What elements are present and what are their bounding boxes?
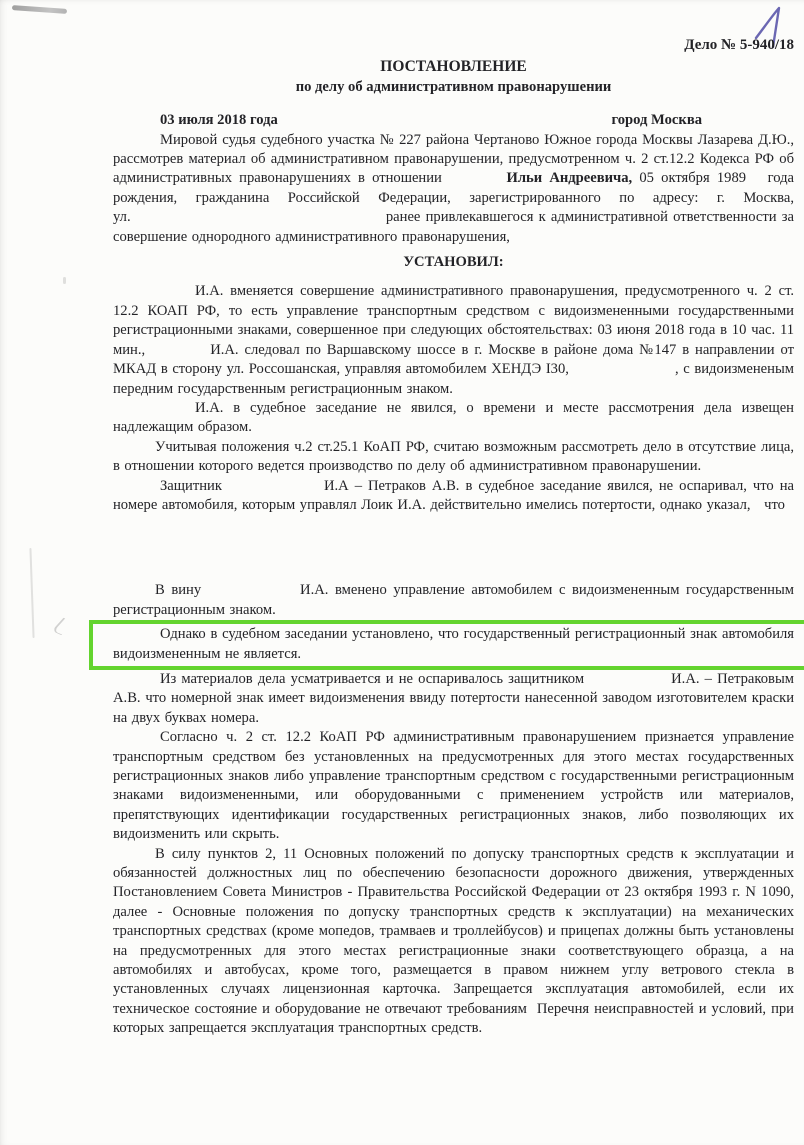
text-run: И.А. в судебное заседание не явился, о в… (113, 400, 794, 435)
section-heading: УСТАНОВИЛ: (113, 253, 794, 272)
date-line: 03 июля 2018 года город Москва (113, 111, 794, 130)
document-date: 03 июля 2018 года (160, 111, 278, 130)
text-run: В вину И.А. вмененo управление автомобил… (113, 582, 794, 617)
margin-dot-artifact (63, 277, 66, 284)
text-run: Защитник И.А – Петраков А.В. в судебное … (113, 478, 794, 513)
text-run: Согласно ч. 2 ст. 12.2 КоАП РФ администр… (113, 729, 794, 842)
paragraph: И.А. вменяется совершение административн… (113, 282, 794, 398)
text-run: В силу пунктов 2, 11 Основных положений … (113, 846, 794, 1037)
text-run: Учитывая положения ч.2 ст.25.1 КоАП РФ, … (113, 439, 794, 474)
paragraph: Согласно ч. 2 ст. 12.2 КоАП РФ администр… (113, 728, 794, 844)
redacted-gap (113, 515, 794, 581)
scan-streak-artifact (12, 5, 67, 14)
document-subtitle: по делу об административном правонарушен… (113, 78, 794, 97)
document-title: ПОСТАНОВЛЕНИЕ (113, 57, 794, 76)
case-number: Дело № 5-940/18 (113, 36, 794, 55)
paragraph: Учитывая положения ч.2 ст.25.1 КоАП РФ, … (113, 438, 794, 477)
highlighted-paragraph: Однако в судебном заседании установлено,… (89, 620, 804, 670)
text-run: Однако в судебном заседании установлено,… (113, 626, 794, 661)
paragraph: И.А. в судебное заседание не явился, о в… (113, 399, 794, 438)
document-body: Мировой судья судебного участка № 227 ра… (113, 131, 794, 1039)
paragraph: В вину И.А. вмененo управление автомобил… (113, 581, 794, 620)
paragraph: В силу пунктов 2, 11 Основных положений … (113, 845, 794, 1039)
bold-text-run: Ильи Андреевича, (506, 170, 632, 186)
document-content: Дело № 5-940/18 ПОСТАНОВЛЕНИЕ по делу об… (113, 0, 794, 1039)
margin-smudge-artifact (29, 548, 34, 638)
document-city: город Москва (611, 111, 702, 130)
paragraph: Из материалов дела усматривается и не ос… (113, 670, 794, 728)
text-run: Из материалов дела усматривается и не ос… (113, 671, 794, 726)
text-run: И.А. вменяется совершение административн… (113, 283, 794, 396)
scanned-court-document: Дело № 5-940/18 ПОСТАНОВЛЕНИЕ по делу об… (0, 0, 804, 1145)
paragraph: Защитник И.А – Петраков А.В. в судебное … (113, 477, 794, 516)
margin-squiggle-artifact (51, 618, 73, 636)
paragraph: Мировой судья судебного участка № 227 ра… (113, 131, 794, 247)
